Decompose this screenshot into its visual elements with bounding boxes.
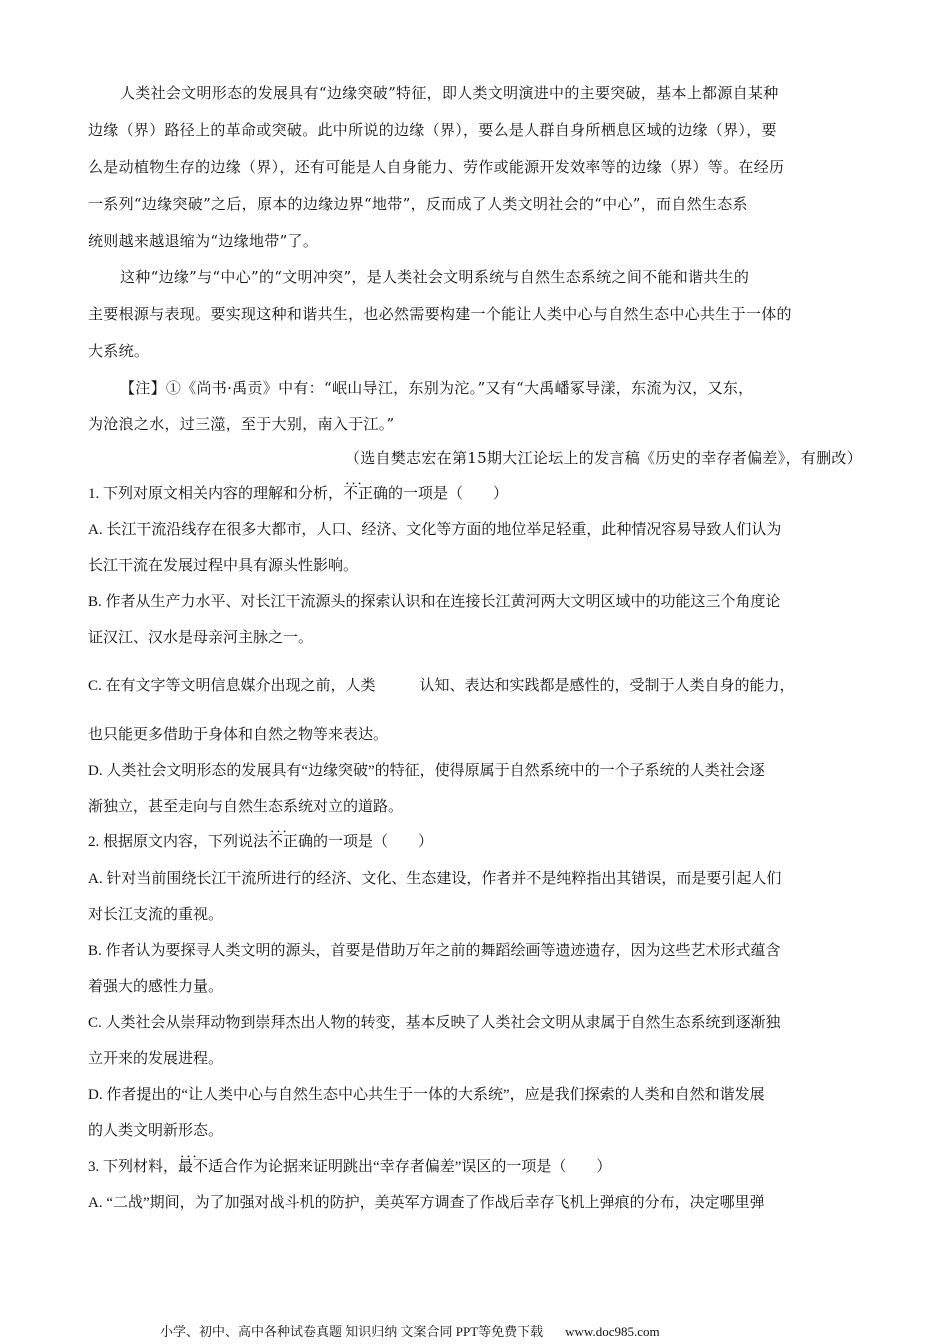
note-line: 为沧浪之水，过三澨，至于大别，南入于江。” [88, 414, 862, 434]
page-footer: 小学、初中、高中各种试卷真题 知识归纳 文案合同 PPT等免费下载www.doc… [160, 1323, 800, 1341]
passage-p1-line: 边缘（界）路径上的革命或突破。此中所说的边缘（界），要么是人群自身所栖息区域的边… [88, 120, 862, 140]
emphasis-text: 不正确 [268, 834, 313, 850]
footer-text: 小学、初中、高中各种试卷真题 知识归纳 文案合同 PPT等免费下载 [160, 1324, 543, 1339]
question-1-option-c-cont: 也只能更多借助于身体和自然之物等来表达。 [88, 725, 862, 745]
stem-text: 的一项是（ ） [388, 486, 508, 502]
option-text: 认知、表达和实践都是感性的，受制于人类自身的能力， [420, 678, 795, 694]
passage-p1-line: 一系列“边缘突破”之后，原本的边缘边界“地带”，反而成了人类文明社会的“中心”，… [88, 194, 862, 214]
question-1-option-b: B. 作者从生产力水平、对长江干流源头的探索认识和在连接长江黄河两大文明区域中的… [88, 592, 862, 612]
passage-p1-line: 统则越来越退缩为“边缘地带”了。 [88, 231, 862, 251]
question-1-stem: 1. 下列对原文相关内容的理解和分析，不正确的一项是（ ） [88, 484, 862, 504]
note-line: 【注】①《尚书·禹贡》中有：“岷山导江，东别为沱。”又有“大禹嶓冢导漾，东流为汉… [120, 378, 862, 398]
question-1-option-c: C. 在有文字等文明信息媒介出现之前，人类认知、表达和实践都是感性的，受制于人类… [88, 676, 862, 696]
passage-p1-line: 人类社会文明形态的发展具有“边缘突破”特征，即人类文明演进中的主要突破，基本上都… [120, 83, 862, 103]
question-2-option-b-cont: 着强大的感性力量。 [88, 977, 862, 997]
question-1-option-b-cont: 证汉江、汉水是母亲河主脉之一。 [88, 628, 862, 648]
option-text: C. 在有文字等文明信息媒介出现之前，人类 [88, 678, 376, 694]
question-2-option-d-cont: 的人类文明新形态。 [88, 1121, 862, 1141]
document-page: 人类社会文明形态的发展具有“边缘突破”特征，即人类文明演进中的主要突破，基本上都… [0, 0, 950, 1344]
question-2-option-d: D. 作者提出的“让人类中心与自然生态中心共生于一体的大系统”，应是我们探索的人… [88, 1085, 862, 1105]
question-2-option-c-cont: 立开来的发展进程。 [88, 1049, 862, 1069]
footer-link[interactable]: www.doc985.com [565, 1324, 659, 1339]
question-2-stem: 2. 根据原文内容，下列说法不正确的一项是（ ） [88, 832, 862, 852]
question-2-option-a-cont: 对长江支流的重视。 [88, 905, 862, 925]
stem-text: 合作为论据来证明跳出“幸存者偏差”误区的一项是（ ） [223, 1159, 611, 1175]
question-1-option-d: D. 人类社会文明形态的发展具有“边缘突破”的特征，使得原属于自然系统中的一个子… [88, 761, 862, 781]
stem-text: 2. 根据原文内容，下列说法 [88, 834, 268, 850]
emphasis-text: 不正确 [343, 486, 388, 502]
question-3-stem: 3. 下列材料，最不适合作为论据来证明跳出“幸存者偏差”误区的一项是（ ） [88, 1157, 862, 1177]
stem-text: 1. 下列对原文相关内容的理解和分析， [88, 486, 343, 502]
question-2-option-b: B. 作者认为要探寻人类文明的源头，首要是借助万年之前的舞蹈绘画等遗迹遗存，因为… [88, 941, 862, 961]
question-2-option-a: A. 针对当前围绕长江干流所进行的经济、文化、生态建设，作者并不是纯粹指出其错误… [88, 869, 862, 889]
question-2-option-c: C. 人类社会从崇拜动物到崇拜杰出人物的转变，基本反映了人类社会文明从隶属于自然… [88, 1013, 862, 1033]
question-1-option-a: A. 长江干流沿线存在很多大都市，人口、经济、文化等方面的地位举足轻重，此种情况… [88, 520, 862, 540]
passage-p2-line: 大系统。 [88, 341, 862, 361]
question-1-option-d-cont: 渐独立，甚至走向与自然生态系统对立的道路。 [88, 797, 862, 817]
passage-p2-line: 这种“边缘”与“中心”的“文明冲突”，是人类社会文明系统与自然生态系统之间不能和… [120, 267, 862, 287]
question-1-option-a-cont: 长江干流在发展过程中具有源头性影响。 [88, 556, 862, 576]
passage-p1-line: 么是动植物生存的边缘（界），还有可能是人自身能力、劳作或能源开发效率等的边缘（界… [88, 157, 862, 177]
stem-text: 的一项是（ ） [313, 834, 433, 850]
emphasis-text: 最不适 [178, 1159, 223, 1175]
source-citation: （选自樊志宏在第15期大江论坛上的发言稿《历史的幸存者偏差》，有删改） [300, 448, 862, 468]
question-3-option-a: A. “二战”期间，为了加强对战斗机的防护，美英军方调查了作战后幸存飞机上弹痕的… [88, 1193, 862, 1213]
stem-text: 3. 下列材料， [88, 1159, 178, 1175]
passage-p2-line: 主要根源与表现。要实现这种和谐共生，也必然需要构建一个能让人类中心与自然生态中心… [88, 304, 862, 324]
